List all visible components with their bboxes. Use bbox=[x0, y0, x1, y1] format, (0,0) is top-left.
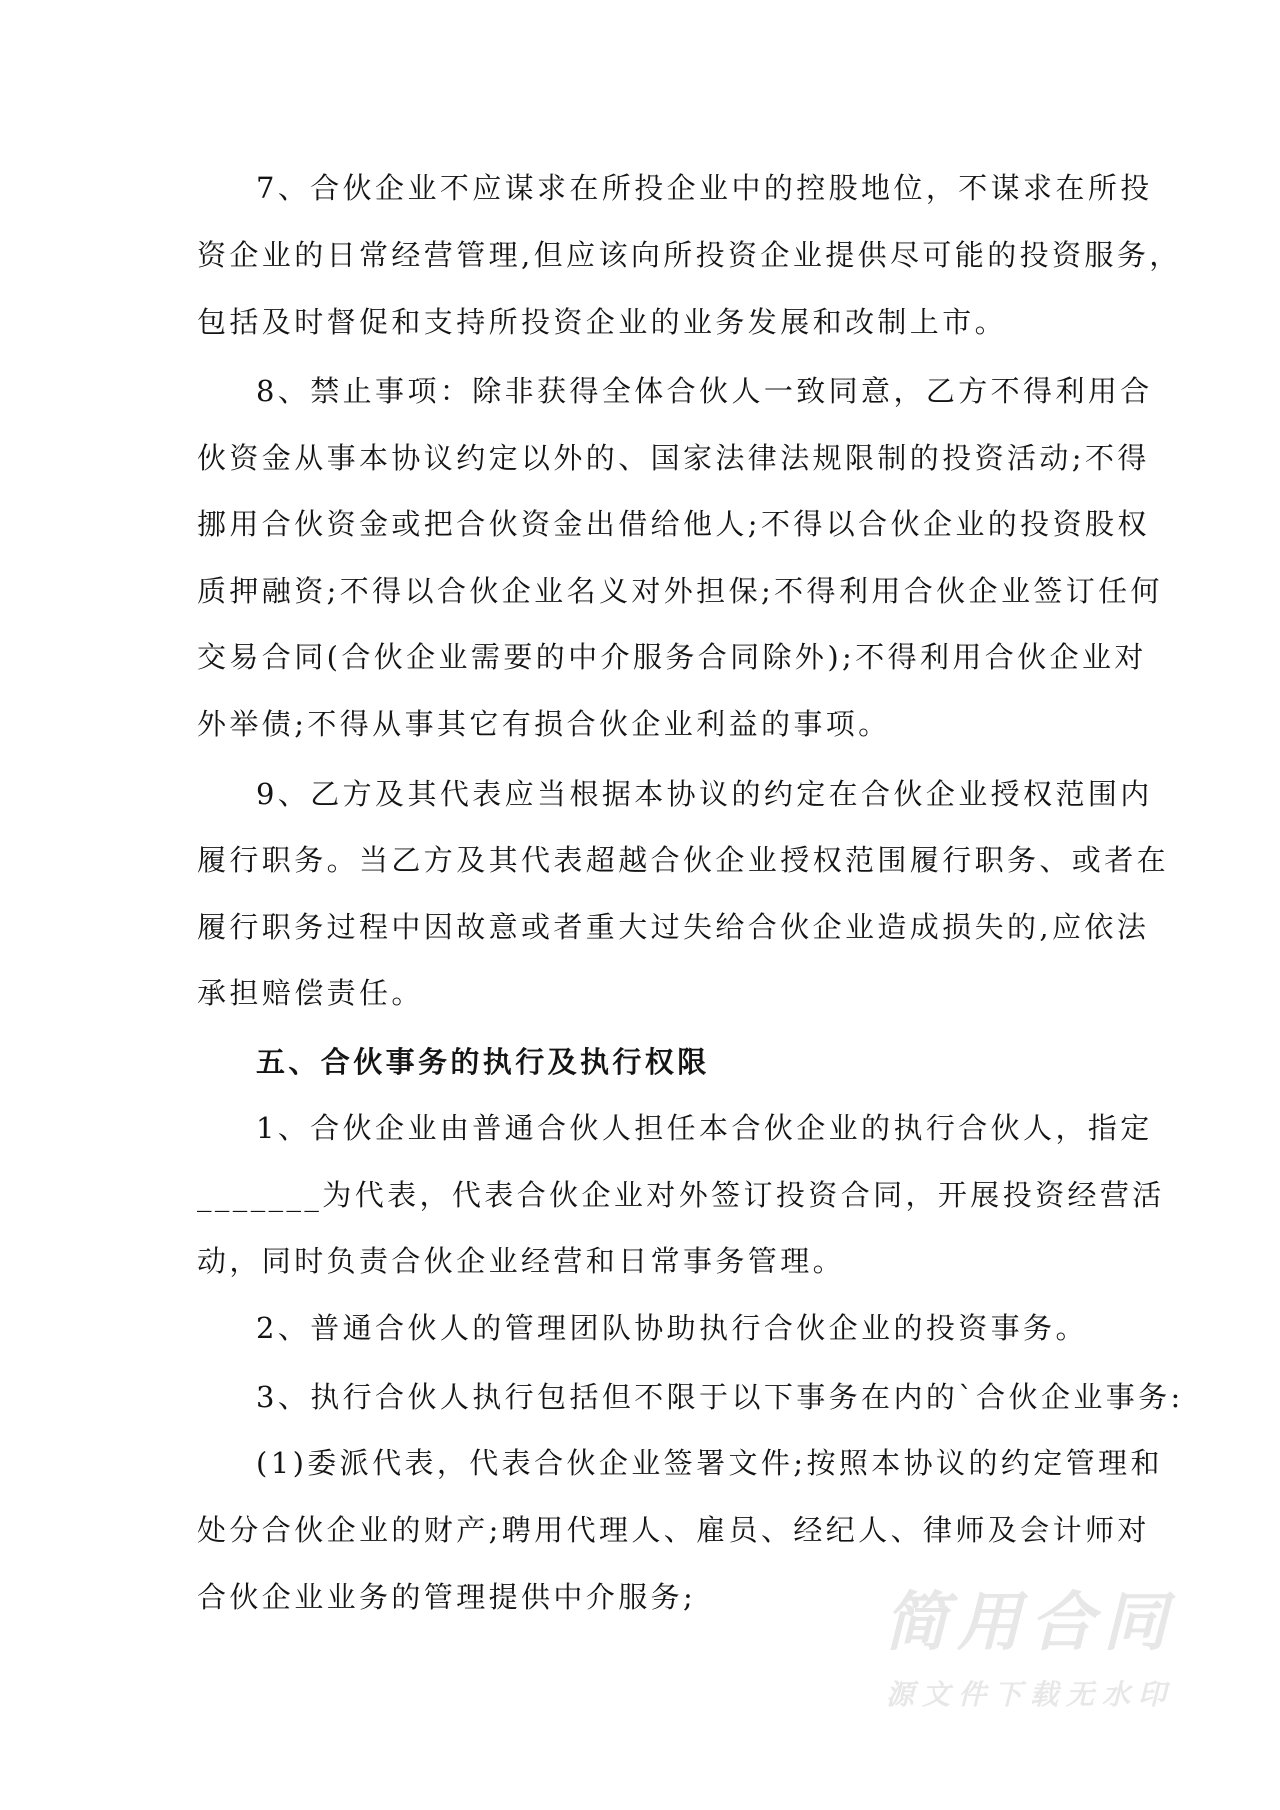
paragraph-line: 8、禁止事项：除非获得全体合伙人一致同意，乙方不得利用合 bbox=[256, 371, 1153, 411]
paragraph-line: 9、乙方及其代表应当根据本协议的约定在合伙企业授权范围内 bbox=[256, 774, 1153, 814]
watermark-title: 简用合同 bbox=[884, 1588, 1176, 1658]
paragraph-line: (1)委派代表，代表合伙企业签署文件;按照本协议的约定管理和 bbox=[256, 1443, 1163, 1483]
paragraph-line: 质押融资;不得以合伙企业名义对外担保;不得利用合伙企业签订任何 bbox=[197, 571, 1163, 611]
paragraph-line-with-blank: _______为代表，代表合伙企业对外签订投资合同，开展投资经营活 bbox=[197, 1175, 1165, 1215]
paragraph-line: 包括及时督促和支持所投资企业的业务发展和改制上市。 bbox=[197, 302, 1007, 342]
watermark-subtitle: 源文件下载无水印 bbox=[886, 1678, 1174, 1712]
paragraph-line: 动，同时负责合伙企业经营和日常事务管理。 bbox=[197, 1241, 845, 1281]
paragraph-line: 处分合伙企业的财产;聘用代理人、雇员、经纪人、律师及会计师对 bbox=[197, 1510, 1150, 1550]
paragraph-line: 交易合同(合伙企业需要的中介服务合同除外);不得利用合伙企业对 bbox=[197, 637, 1147, 677]
paragraph-line: 履行职务。当乙方及其代表超越合伙企业授权范围履行职务、或者在 bbox=[197, 840, 1169, 880]
section-5-clause-2-paragraph: 2、普通合伙人的管理团队协助执行合伙企业的投资事务。 bbox=[256, 1308, 1088, 1348]
paragraph-line: 合伙企业业务的管理提供中介服务; bbox=[197, 1577, 696, 1617]
paragraph-line: 履行职务过程中因故意或者重大过失给合伙企业造成损失的,应依法 bbox=[197, 907, 1149, 947]
section-5-clause-3-paragraph: 3、执行合伙人执行包括但不限于以下事务在内的`合伙企业事务: bbox=[256, 1377, 1184, 1417]
paragraph-line: 承担赔偿责任。 bbox=[197, 973, 424, 1013]
section-heading: 五、合伙事务的执行及执行权限 bbox=[256, 1042, 710, 1082]
paragraph-line: 1、合伙企业由普通合伙人担任本合伙企业的执行合伙人，指定 bbox=[256, 1108, 1153, 1148]
paragraph-line: 挪用合伙资金或把合伙资金出借给他人;不得以合伙企业的投资股权 bbox=[197, 504, 1150, 544]
paragraph-line: 7、合伙企业不应谋求在所投企业中的控股地位，不谋求在所投 bbox=[256, 168, 1153, 208]
document-page: 7、合伙企业不应谋求在所投企业中的控股地位，不谋求在所投 资企业的日常经营管理,… bbox=[0, 0, 1280, 1810]
paragraph-line: 伙资金从事本协议约定以外的、国家法律法规限制的投资活动;不得 bbox=[197, 438, 1150, 478]
paragraph-line: 外举债;不得从事其它有损合伙企业利益的事项。 bbox=[197, 704, 891, 744]
paragraph-line: 资企业的日常经营管理,但应该向所投资企业提供尽可能的投资服务， bbox=[197, 235, 1182, 275]
